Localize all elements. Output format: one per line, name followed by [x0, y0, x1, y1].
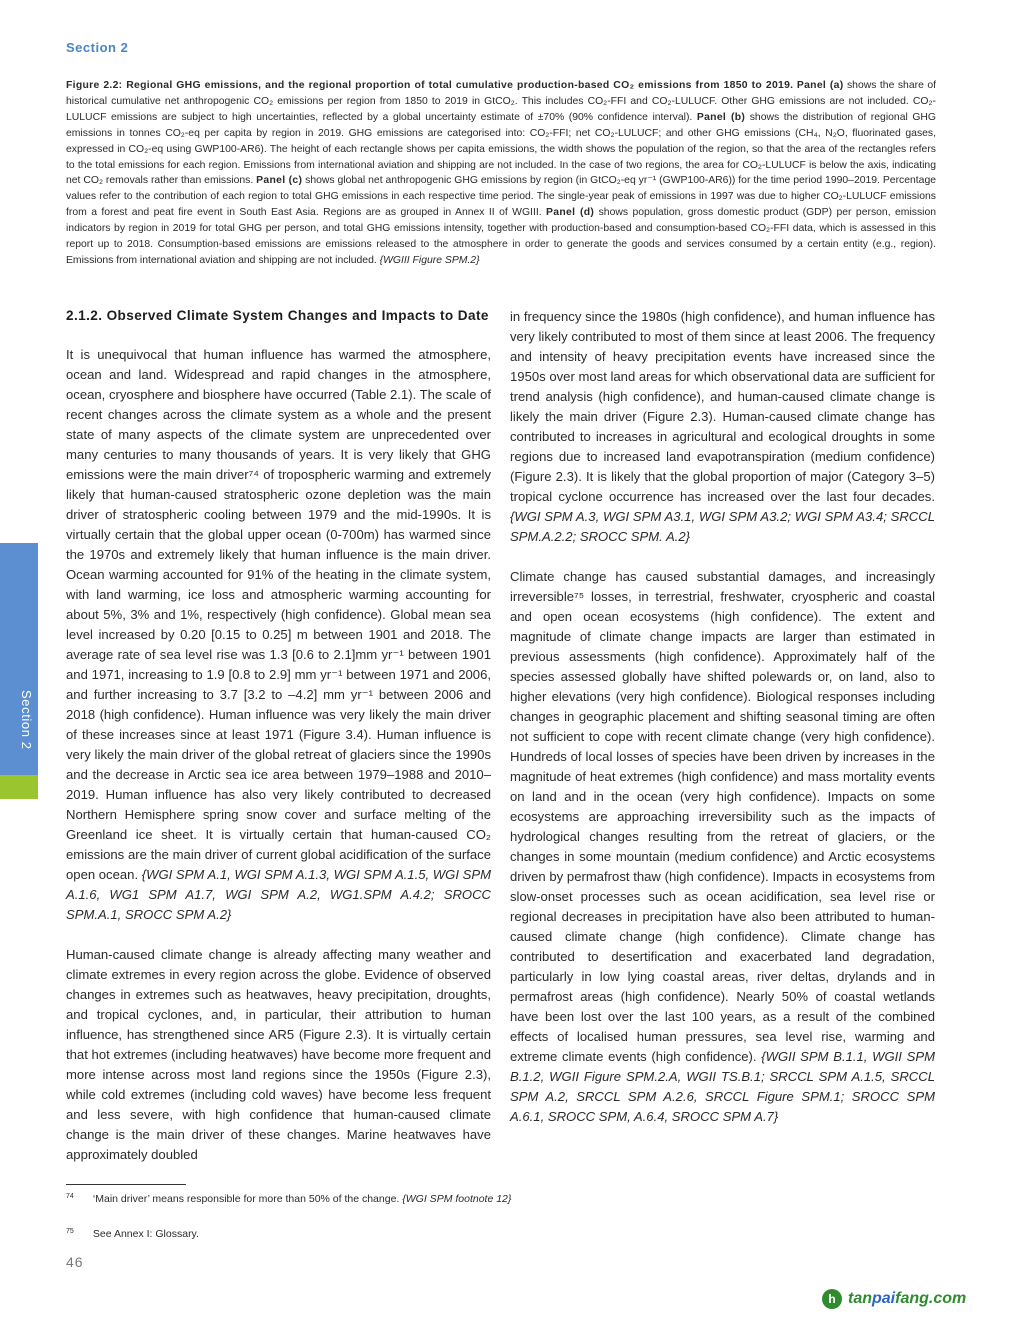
panel-b-label: Panel (b) [697, 112, 745, 123]
footnote-reference: {WGI SPM footnote 12} [402, 1193, 511, 1205]
paragraph: Climate change has caused substantial da… [510, 567, 935, 1127]
page-number: 46 [66, 1254, 84, 1270]
caption-title: Figure 2.2: Regional GHG emissions, and … [66, 80, 793, 91]
footnote-text: See Annex I: Glossary. [93, 1228, 199, 1240]
right-column: in frequency since the 1980s (high confi… [510, 307, 935, 1147]
paragraph: in frequency since the 1980s (high confi… [510, 307, 935, 547]
paragraph-text: Human-caused climate change is already a… [66, 947, 491, 1162]
section-side-tab-label: Section 2 [4, 690, 34, 750]
caption-reference: {WGIII Figure SPM.2} [380, 255, 480, 266]
footnote-74: 74 ‘Main driver’ means responsible for m… [66, 1193, 511, 1205]
watermark-text-2: pai [872, 1290, 895, 1307]
section-label: Section 2 [66, 40, 128, 55]
watermark-text-1: tan [848, 1290, 872, 1307]
paragraph: It is unequivocal that human influence h… [66, 345, 491, 925]
panel-d-label: Panel (d) [546, 207, 594, 218]
panel-a-label: Panel (a) [797, 80, 844, 91]
paragraph-reference: {WGI SPM A.3, WGI SPM A3.1, WGI SPM A3.2… [510, 509, 935, 544]
panel-c-label: Panel (c) [256, 175, 302, 186]
footnote-text: ‘Main driver’ means responsible for more… [93, 1193, 399, 1205]
footnote-number: 74 [66, 1193, 90, 1200]
watermark-text-3: fang.com [895, 1290, 966, 1307]
paragraph-text: in frequency since the 1980s (high confi… [510, 309, 935, 504]
paragraph-text: Climate change has caused substantial da… [510, 569, 935, 1064]
paragraph: Human-caused climate change is already a… [66, 945, 491, 1165]
footnote-number: 75 [66, 1228, 90, 1235]
watermark: h tanpaifang.com [822, 1289, 966, 1309]
footnote-divider [66, 1184, 186, 1185]
watermark-logo-icon: h [822, 1289, 842, 1309]
footnote-75: 75 See Annex I: Glossary. [66, 1228, 199, 1240]
section-heading: 2.1.2. Observed Climate System Changes a… [66, 307, 491, 325]
figure-caption: Figure 2.2: Regional GHG emissions, and … [66, 78, 936, 269]
paragraph-text: It is unequivocal that human influence h… [66, 347, 491, 882]
left-column: 2.1.2. Observed Climate System Changes a… [66, 307, 491, 1185]
section-side-tab-accent [0, 775, 38, 799]
